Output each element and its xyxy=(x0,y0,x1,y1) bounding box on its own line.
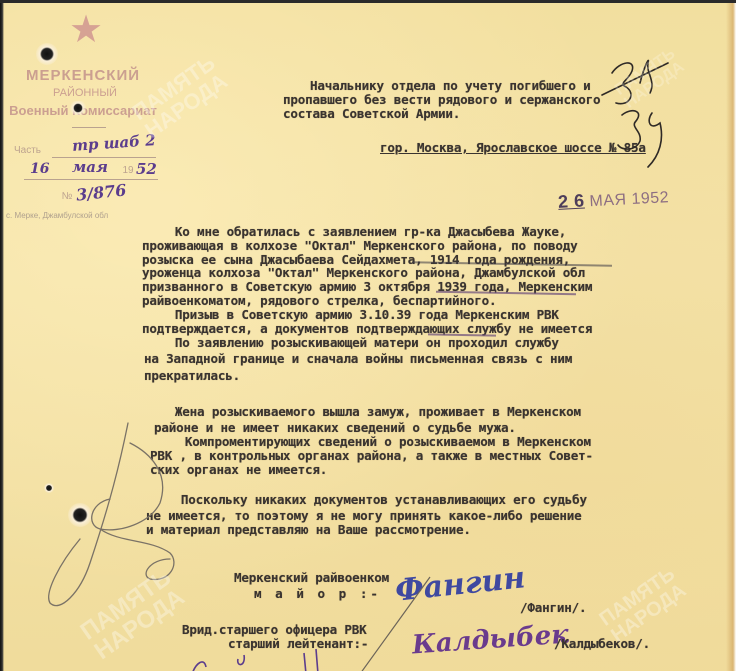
body-line: Поскольку никаких документов устанавлива… xyxy=(144,493,587,507)
bottom-handwriting xyxy=(192,649,318,671)
body-line: подтверждается, а документов подтверждаю… xyxy=(142,322,592,336)
stamp-date-day: 16 xyxy=(30,161,49,177)
scan-right-edge xyxy=(726,3,736,671)
addressee-address: гор. Москва, Ярославское шоссе № 85а xyxy=(380,141,646,155)
commissar-title: Меркенский райвоенком xyxy=(234,571,389,585)
body-line: Жена розыскиваемого вышла замуж, прожива… xyxy=(138,405,581,419)
scan-left-edge xyxy=(0,3,4,671)
body-line: Компроментирующих сведений о розыскиваем… xyxy=(148,435,591,449)
received-month-year: МАЯ 1952 xyxy=(589,189,669,210)
body-line: районе и не имеет никаких сведений о суд… xyxy=(154,421,516,435)
commissar-signature: Фангин xyxy=(394,560,527,608)
stamp-date-month: мая xyxy=(72,158,108,176)
watermark-line: ПАМЯТЬ xyxy=(586,557,688,636)
officer-name: /Калдыбеков/. xyxy=(554,637,650,651)
watermark-top-right: ПАМЯТЬ НАРОДА xyxy=(600,37,700,121)
red-star-icon: ★ xyxy=(68,11,104,47)
body-line: ских органах не имеется. xyxy=(150,463,327,477)
stamp-address: с. Мерке, Джамбулской обл xyxy=(6,211,166,220)
document-page: ★ МЕРКЕНСКИЙ РАЙОННЫЙ Военный Комиссариа… xyxy=(0,0,736,671)
officer-rank: старший лейтенант:- xyxy=(228,637,368,651)
body-line: РВК , в контрольных органах района, а та… xyxy=(150,449,593,463)
stamp-part-label: Часть xyxy=(14,145,54,156)
body-line: прекратилась. xyxy=(144,369,240,383)
received-day: 2 6 xyxy=(558,191,586,212)
body-line: не имеется, то поэтому я не могу принять… xyxy=(146,509,582,523)
watermark-line: НАРОДА xyxy=(609,50,700,120)
watermark-line: ПАМЯТЬ xyxy=(66,558,186,652)
body-line: Призыв в Советскую армию 3.10.39 года Ме… xyxy=(138,308,559,322)
watermark-bottom-left: ПАМЯТЬ НАРОДА xyxy=(66,558,200,671)
stamp-date-rule xyxy=(24,179,158,180)
body-line: и материал представляю на Ваше рассмотре… xyxy=(146,523,471,537)
body-line: По заявлению розыскивающей матери он про… xyxy=(138,336,559,350)
watermark-line: ПАМЯТЬ xyxy=(600,37,691,107)
punch-hole xyxy=(36,43,58,65)
body-line: Ко мне обратилась с заявлением гр-ка Джа… xyxy=(138,225,566,239)
addressee-line: Начальнику отдела по учету погибшего и xyxy=(310,79,591,93)
commissar-name: /Фангин/. xyxy=(520,601,586,615)
commissar-rank: м а й о р :- xyxy=(254,587,381,601)
watermark-line: ПАМЯТЬ xyxy=(118,45,229,132)
body-line: уроженца колхоза "Октал" Меркенского рай… xyxy=(142,266,585,280)
officer-title: Врид.старшего офицера РВК xyxy=(182,623,367,637)
officer-signature: Калдыбек xyxy=(411,620,570,661)
stamp-part-value: тр шаб 2 xyxy=(71,131,156,155)
addressee-line: состава Советской Армии. xyxy=(283,107,460,121)
stamp-date-year-printed: 19 xyxy=(118,165,138,176)
stamp-divider xyxy=(72,127,106,128)
stamp-number-label: № xyxy=(60,191,74,202)
body-line: на Западной границе и сначала войны пись… xyxy=(144,352,572,366)
body-line: проживающая в колхозе "Октал" Меркенског… xyxy=(142,239,578,253)
punch-hole xyxy=(68,503,92,527)
body-line: райвоенкоматом, рядового стрелка, беспар… xyxy=(142,294,496,308)
punch-hole xyxy=(70,101,86,115)
addressee-line: пропавшего без вести рядового и сержанск… xyxy=(283,93,600,107)
received-date-stamp: 2 6 МАЯ 1952 xyxy=(558,186,670,213)
stamp-date-year-hand: 52 xyxy=(136,160,157,178)
stamp-district-name: МЕРКЕНСКИЙ xyxy=(8,67,158,84)
punch-hole xyxy=(44,483,54,493)
stamp-number-value: 3/876 xyxy=(75,180,127,204)
stamp-district-type: РАЙОННЫЙ xyxy=(40,87,130,99)
